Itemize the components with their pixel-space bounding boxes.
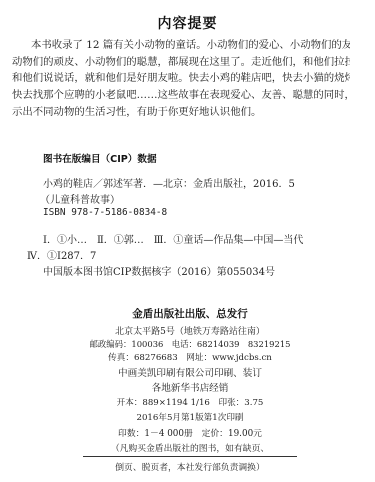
edition-info: 2016年5月第1版第1次印刷	[0, 411, 375, 423]
print-run-price: 印数：1－4 000册 定价：19.00元	[0, 426, 375, 439]
publisher-address: 北京太平路5号（地铁万寿路站往南）	[0, 324, 375, 337]
distributor-info: 各地新华书店经销	[0, 380, 375, 394]
cip-isbn: ISBN 978-7-5186-0834-8	[43, 207, 167, 218]
printer-info: 中画美凯印刷有限公司印刷、装订	[0, 365, 375, 379]
summary-line: 动物们的顽皮、小动物们的聪慧，都展现在这里了。走近他们，和他们拉拉手，	[12, 54, 350, 71]
summary-line: 和他们说说话，就和他们是好朋友啦。快去小鸡的鞋店吧，快去小猫的烧烤店吧，	[12, 70, 350, 87]
publisher-heading: 金盾出版社出版、总发行	[0, 306, 375, 321]
cip-book-line: 小鸡的鞋店／郭述军著．—北京：金盾出版社，2016．5	[43, 175, 295, 190]
return-notice-line-2: 倒页、脱页者，本社发行部负责调换）	[0, 460, 375, 473]
divider-rule	[83, 456, 297, 457]
format-info: 开本：889×1194 1/16 印张：3.75	[0, 396, 375, 408]
cip-data-title: 图书在版编目（CIP）数据	[43, 151, 157, 165]
return-notice-line-1: （凡购买金盾出版社的图书，如有缺页、	[0, 441, 375, 454]
cip-verification-number: 中国版本图书馆CIP数据核字（2016）第055034号	[43, 263, 275, 278]
summary-line: 本书收录了 12 篇有关小动物的童话。小动物们的爱心、小动物们的友善、小	[12, 37, 350, 54]
content-summary-paragraph: 本书收录了 12 篇有关小动物的童话。小动物们的爱心、小动物们的友善、小 动物们…	[12, 37, 350, 121]
cip-classification-2: Ⅳ．①I287．7	[27, 247, 96, 262]
publisher-fax-website: 传真：68276683 网址：www.jdcbs.cn	[0, 351, 375, 363]
publisher-postal-phone: 邮政编码：100036 电话：68214039 83219215	[0, 338, 375, 350]
summary-line: 示出不同动物的生活习性，有助于你更好地认识他们。	[12, 104, 350, 121]
cip-series: （儿童科普故事）	[40, 191, 120, 206]
content-summary-title: 内容提要	[0, 13, 375, 33]
cip-classification-1: Ⅰ．①小… Ⅱ．①郭… Ⅲ．①童话—作品集—中国—当代	[43, 231, 303, 246]
summary-line: 快去找那个应聘的小老鼠吧……这些故事在表现爱心、友善、聪慧的同时，还展	[12, 87, 350, 104]
